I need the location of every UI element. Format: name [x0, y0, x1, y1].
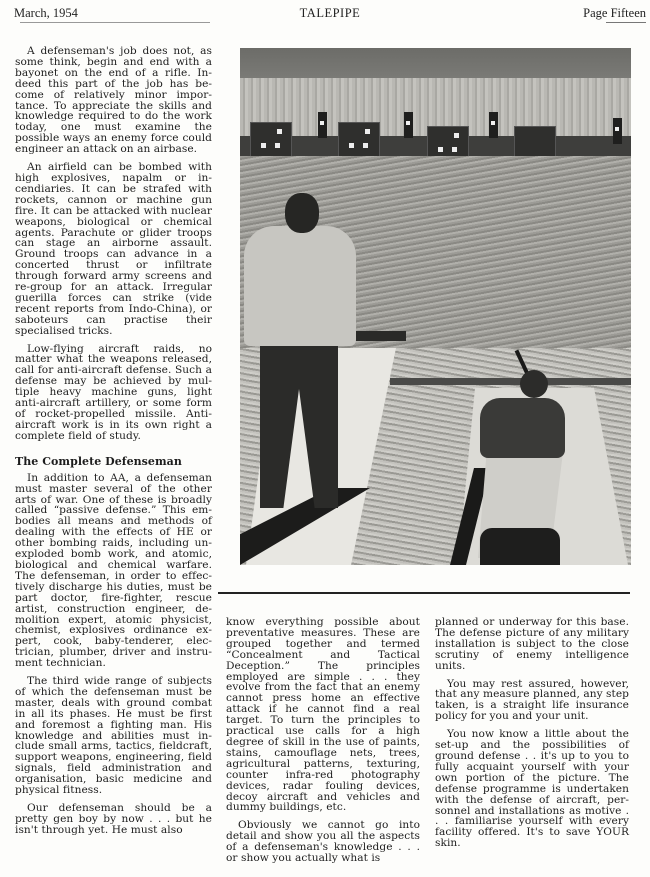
photo-divider-rule: [218, 592, 630, 594]
article-column-right: planned or underway for this base. The d…: [435, 617, 629, 856]
standing-man-shirt: [244, 226, 356, 346]
prone-shooter-body: [480, 398, 565, 458]
paragraph: You may rest assured, however, that any …: [435, 679, 629, 723]
magazine-page: March, 1954 TALEPIPE Page Fifteen A defe…: [0, 0, 650, 877]
paragraph: An airfield can be bombed with high expl…: [15, 162, 212, 337]
paragraph: In addition to AA, a defenseman must mas…: [15, 473, 212, 669]
rifle-range-photo: [240, 48, 631, 565]
paragraph: planned or underway for this base. The d…: [435, 617, 629, 672]
prone-shooter-boots: [480, 528, 560, 565]
target-marker: [404, 112, 413, 138]
firing-point-bench: [390, 378, 631, 385]
section-subheading: The Complete Defenseman: [15, 456, 212, 468]
header-rule-left: [20, 22, 210, 23]
standing-man-head: [285, 193, 319, 233]
paragraph: The third wide range of subjects of whic…: [15, 676, 212, 796]
paragraph: Obviously we cannot go into detail and s…: [226, 820, 420, 864]
article-column-middle: know everything possible about preventat…: [226, 617, 420, 871]
header-rule-right: [606, 22, 646, 23]
photo-background: [240, 48, 631, 82]
paragraph: You now know a little about the set-up a…: [435, 729, 629, 849]
paragraph: Our defenseman should be a pretty gen bo…: [15, 803, 212, 836]
paragraph: Low-flying aircraft raids, no matter wha…: [15, 344, 212, 442]
target-board: [250, 122, 292, 158]
paragraph: A defenseman's job does not, as some thi…: [15, 46, 212, 155]
publication-title: TALEPIPE: [14, 6, 646, 21]
article-column-left: A defenseman's job does not, as some thi…: [15, 46, 212, 843]
target-marker: [318, 112, 327, 138]
target-marker: [613, 118, 622, 144]
target-marker: [489, 112, 498, 138]
prone-shooter-head: [520, 370, 548, 398]
page-header: March, 1954 TALEPIPE Page Fifteen: [14, 4, 646, 22]
paragraph: know everything possible about preventat…: [226, 617, 420, 813]
target-board: [338, 122, 380, 158]
page-number: Page Fifteen: [583, 6, 646, 21]
